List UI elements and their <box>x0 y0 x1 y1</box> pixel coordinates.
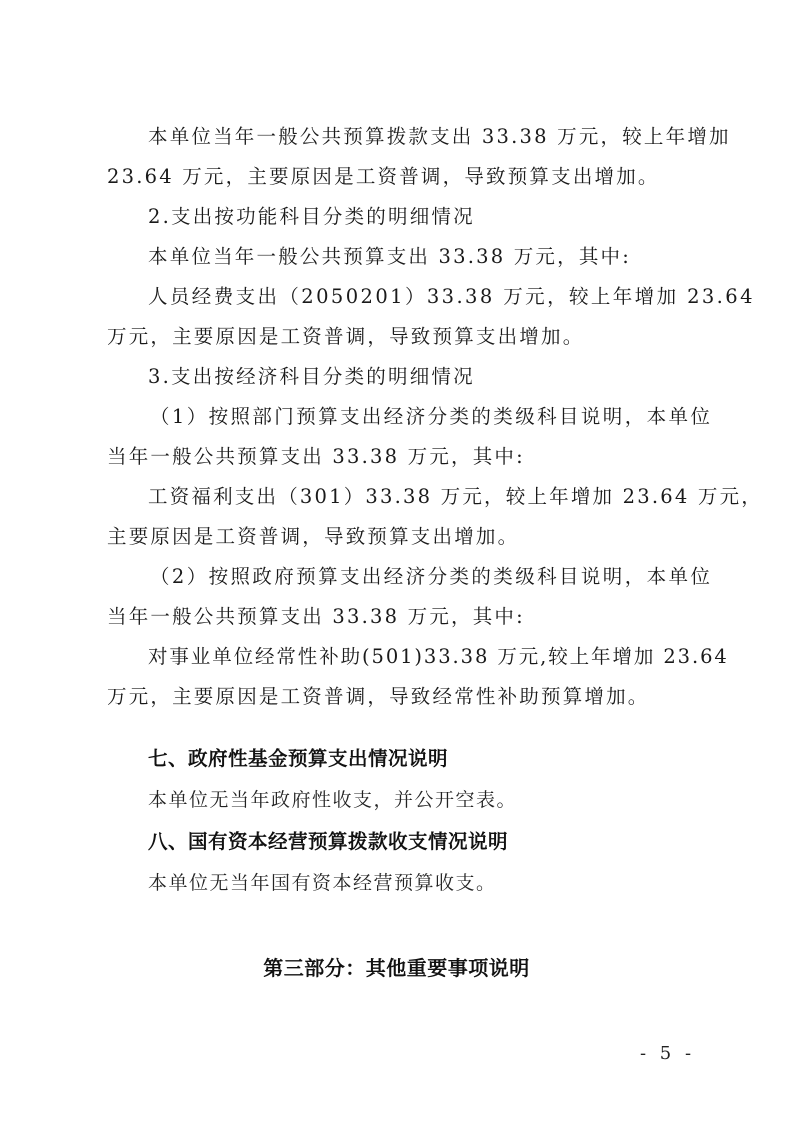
paragraph-line: 万元，主要原因是工资普调，导致经常性补助预算增加。 <box>107 685 693 709</box>
section-body-7: 本单位无当年政府性收支，并公开空表。 <box>148 788 734 812</box>
subsection-heading: 3.支出按经济科目分类的明细情况 <box>148 365 734 389</box>
paragraph-line: 工资福利支出（301）33.38 万元，较上年增加 23.64 万元， <box>148 485 734 509</box>
paragraph-line: 对事业单位经常性补助(501)33.38 万元,较上年增加 23.64 <box>148 645 734 669</box>
subsection-heading: 2.支出按功能科目分类的明细情况 <box>148 205 734 229</box>
paragraph-line: 本单位当年一般公共预算支出 33.38 万元，其中: <box>148 245 734 269</box>
paragraph-line: 人员经费支出（2050201）33.38 万元，较上年增加 23.64 <box>148 285 734 309</box>
document-page: 本单位当年一般公共预算拨款支出 33.38 万元，较上年增加 23.64 万元，… <box>0 0 793 1122</box>
page-number: - 5 - <box>640 1043 695 1064</box>
paragraph-line: （2）按照政府预算支出经济分类的类级科目说明，本单位 <box>150 565 736 589</box>
paragraph-line: 主要原因是工资普调，导致预算支出增加。 <box>107 525 693 549</box>
part-title: 第三部分：其他重要事项说明 <box>0 952 793 981</box>
section-body-8: 本单位无当年国有资本经营预算收支。 <box>148 871 734 895</box>
paragraph-line: （1）按照部门预算支出经济分类的类级科目说明，本单位 <box>150 405 736 429</box>
paragraph-line: 本单位当年一般公共预算拨款支出 33.38 万元，较上年增加 <box>148 125 693 149</box>
paragraph-line: 23.64 万元，主要原因是工资普调，导致预算支出增加。 <box>107 165 693 189</box>
paragraph-line: 当年一般公共预算支出 33.38 万元，其中: <box>107 445 693 469</box>
paragraph-line: 万元，主要原因是工资普调，导致预算支出增加。 <box>107 325 693 349</box>
section-heading-8: 八、国有资本经营预算拨款收支情况说明 <box>148 830 734 854</box>
section-heading-7: 七、政府性基金预算支出情况说明 <box>148 747 734 771</box>
paragraph-line: 当年一般公共预算支出 33.38 万元，其中: <box>107 605 693 629</box>
